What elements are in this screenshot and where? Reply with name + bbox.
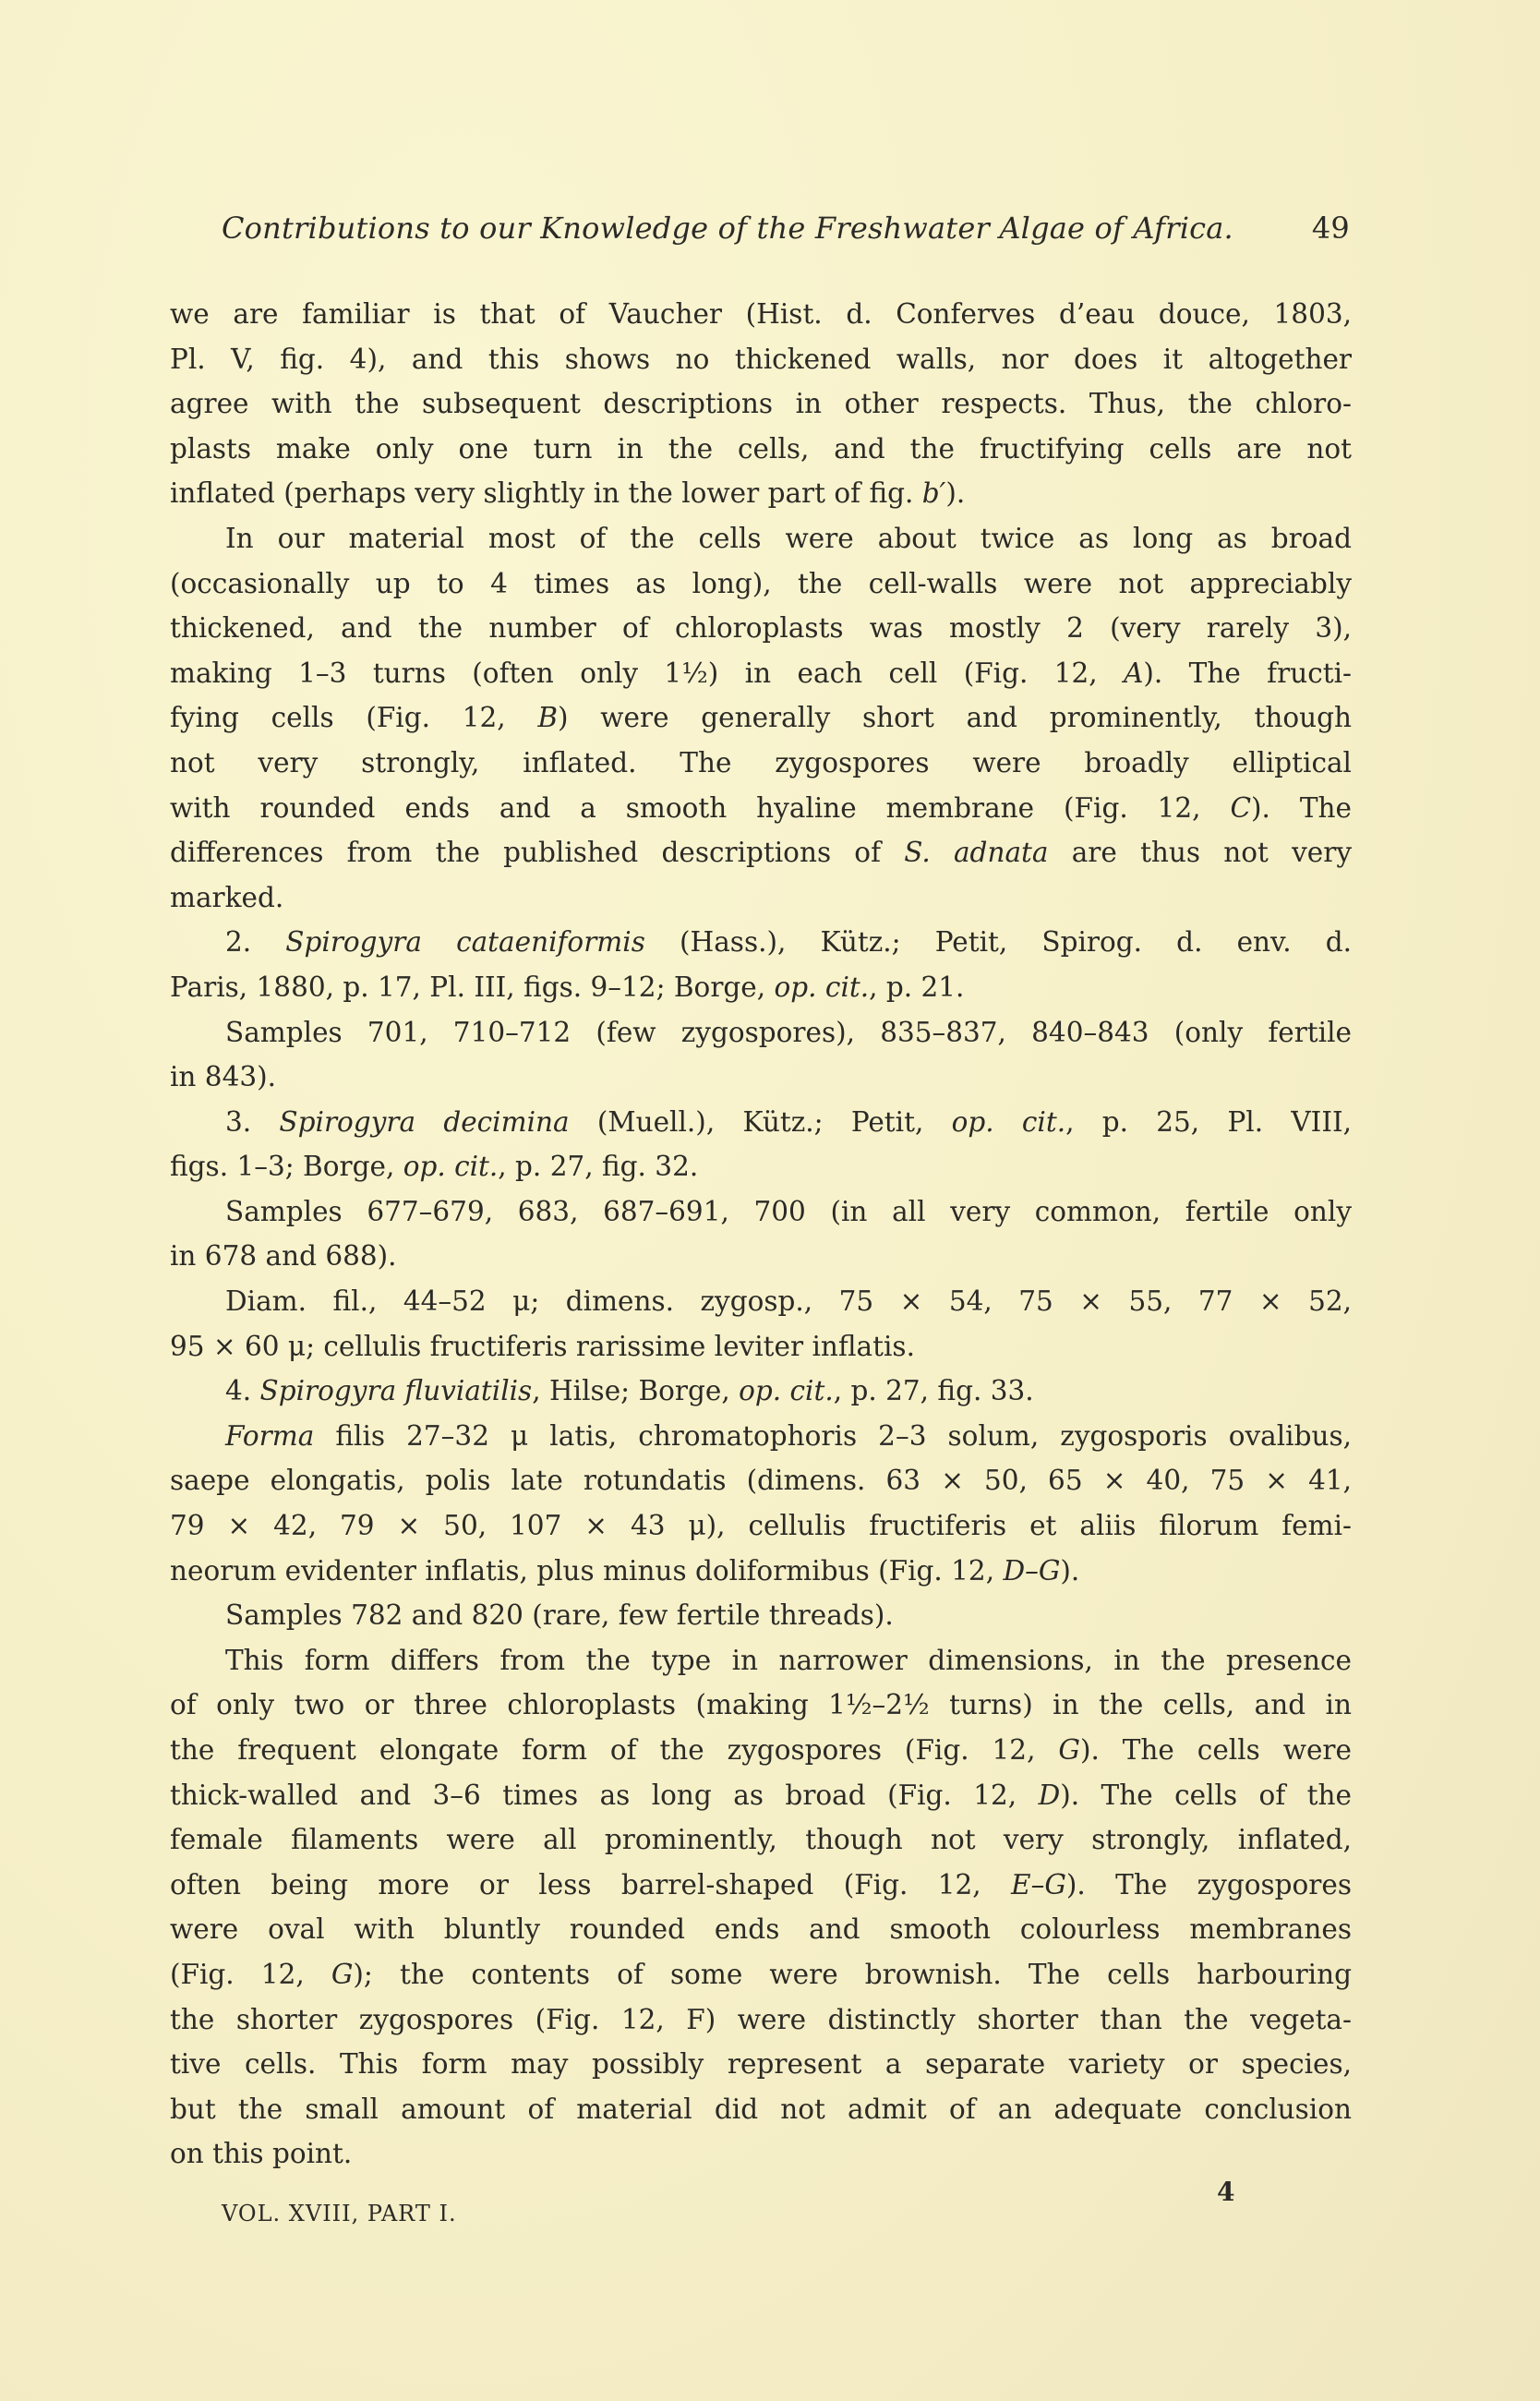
text-line: of only two or three chloroplasts (makin… [170, 1683, 1352, 1728]
text-line: (Fig. 12, G); the contents of some were … [170, 1952, 1352, 1997]
text-line: female filaments were all prominently, t… [170, 1817, 1352, 1863]
text-line: (occasionally up to 4 times as long), th… [170, 561, 1352, 607]
text-line: In our material most of the cells were a… [170, 516, 1352, 561]
text-line: not very strongly, inflated. The zygospo… [170, 741, 1352, 786]
text-line: tive cells. This form may possibly repre… [170, 2042, 1352, 2087]
volume-footer: VOL. XVIII, PART I. [222, 2201, 457, 2226]
text-line: often being more or less barrel-shaped (… [170, 1863, 1352, 1908]
text-line: Forma filis 27–32 μ latis, chromatophori… [170, 1414, 1352, 1459]
text-line: plasts make only one turn in the cells, … [170, 427, 1352, 472]
paragraph: Diam. fil., 44–52 μ; dimens. zygosp., 75… [170, 1279, 1352, 1369]
text-line: Paris, 1880, p. 17, Pl. III, figs. 9–12;… [170, 965, 1352, 1010]
text-line: Samples 677–679, 683, 687–691, 700 (in a… [170, 1189, 1352, 1235]
text-line: Diam. fil., 44–52 μ; dimens. zygosp., 75… [170, 1279, 1352, 1324]
text-line: saepe elongatis, polis late rotundatis (… [170, 1458, 1352, 1503]
paragraph: 4. Spirogyra fluviatilis, Hilse; Borge, … [170, 1369, 1352, 1414]
text-line: 3. Spirogyra decimina (Muell.), Kütz.; P… [170, 1100, 1352, 1145]
scanned-page: Contributions to our Knowledge of the Fr… [0, 0, 1540, 2401]
text-line: 79 × 42, 79 × 50, 107 × 43 μ), cellulis … [170, 1503, 1352, 1549]
paragraph: we are familiar is that of Vaucher (Hist… [170, 292, 1352, 516]
text-line: thickened, and the number of chloroplast… [170, 606, 1352, 651]
text-line: on this point. [170, 2131, 1352, 2177]
page-number: 49 [1312, 211, 1350, 246]
text-line: in 843). [170, 1055, 1352, 1100]
paragraph: This form differs from the type in narro… [170, 1638, 1352, 2177]
text-line: we are familiar is that of Vaucher (Hist… [170, 292, 1352, 337]
text-line: inflated (perhaps very slightly in the l… [170, 471, 1352, 516]
signature-mark: 4 [1217, 2177, 1234, 2207]
text-line: but the small amount of material did not… [170, 2087, 1352, 2132]
text-line: the shorter zygospores (Fig. 12, F) were… [170, 1997, 1352, 2043]
paragraph: 2. Spirogyra cataeniformis (Hass.), Kütz… [170, 920, 1352, 1009]
text-line: in 678 and 688). [170, 1234, 1352, 1279]
running-header: Contributions to our Knowledge of the Fr… [222, 211, 1350, 246]
paragraph: In our material most of the cells were a… [170, 516, 1352, 920]
text-line: marked. [170, 875, 1352, 921]
text-line: differences from the published descripti… [170, 830, 1352, 875]
body-text: we are familiar is that of Vaucher (Hist… [170, 292, 1352, 2177]
text-line: agree with the subsequent descriptions i… [170, 381, 1352, 427]
text-line: making 1–3 turns (often only 1½) in each… [170, 651, 1352, 696]
text-line: with rounded ends and a smooth hyaline m… [170, 786, 1352, 831]
text-line: 2. Spirogyra cataeniformis (Hass.), Kütz… [170, 920, 1352, 965]
text-line: figs. 1–3; Borge, op. cit., p. 27, fig. … [170, 1144, 1352, 1189]
text-line: 95 × 60 μ; cellulis fructiferis rarissim… [170, 1324, 1352, 1369]
paragraph: Samples 782 and 820 (rare, few fertile t… [170, 1593, 1352, 1638]
paragraph: Forma filis 27–32 μ latis, chromatophori… [170, 1414, 1352, 1593]
text-line: This form differs from the type in narro… [170, 1638, 1352, 1683]
text-line: neorum evidenter inflatis, plus minus do… [170, 1549, 1352, 1594]
text-line: Samples 782 and 820 (rare, few fertile t… [170, 1593, 1352, 1638]
text-line: 4. Spirogyra fluviatilis, Hilse; Borge, … [170, 1369, 1352, 1414]
running-title: Contributions to our Knowledge of the Fr… [222, 211, 1233, 246]
paragraph: 3. Spirogyra decimina (Muell.), Kütz.; P… [170, 1100, 1352, 1189]
paragraph: Samples 677–679, 683, 687–691, 700 (in a… [170, 1189, 1352, 1279]
text-line: were oval with bluntly rounded ends and … [170, 1907, 1352, 1952]
text-line: the frequent elongate form of the zygosp… [170, 1728, 1352, 1773]
text-line: fying cells (Fig. 12, B) were generally … [170, 695, 1352, 741]
text-line: Pl. V, fig. 4), and this shows no thicke… [170, 337, 1352, 382]
text-line: Samples 701, 710–712 (few zygospores), 8… [170, 1010, 1352, 1056]
text-line: thick-walled and 3–6 times as long as br… [170, 1773, 1352, 1818]
paragraph: Samples 701, 710–712 (few zygospores), 8… [170, 1010, 1352, 1100]
